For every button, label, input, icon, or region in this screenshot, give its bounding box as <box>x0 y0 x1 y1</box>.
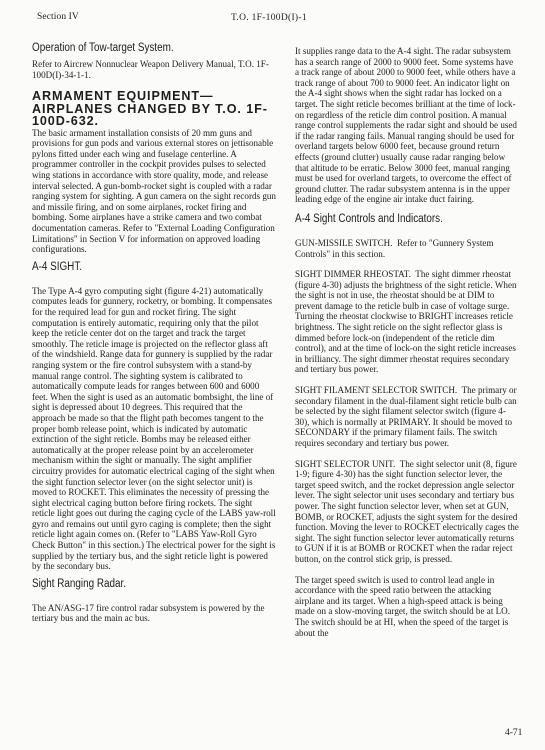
left-column: Operation of Tow-target System. Refer to… <box>32 38 276 624</box>
para-a4-sight: The Type A-4 gyro computing sight (figur… <box>32 286 276 572</box>
page-number: 4-71 <box>505 728 522 738</box>
heading-sight-controls: A-4 Sight Controls and Indicators. <box>295 213 488 226</box>
section-label: Section IV <box>37 12 79 22</box>
heading-armament-equipment: ARMAMENT EQUIPMENT—AIRPLANES CHANGED BY … <box>32 90 276 128</box>
term-gun-missile-switch: GUN-MISSILE SWITCH. <box>295 238 393 248</box>
text-sight-dimmer-rheostat: The sight dimmer rheostat (figure 4-30) … <box>295 269 517 374</box>
heading-sight-ranging-radar: Sight Ranging Radar. <box>32 578 242 591</box>
term-sight-dimmer-rheostat: SIGHT DIMMER RHEOSTAT. <box>295 269 411 279</box>
para-sight-selector-unit: SIGHT SELECTOR UNIT. The sight selector … <box>295 459 519 565</box>
para-sight-dimmer-rheostat: SIGHT DIMMER RHEOSTAT. The sight dimmer … <box>295 269 519 375</box>
heading-tow-target: Operation of Tow-target System. <box>32 42 242 55</box>
para-armament-equipment: The basic armament installation consists… <box>32 128 276 255</box>
para-target-speed-switch: The target speed switch is used to contr… <box>295 575 519 639</box>
para-gun-missile-switch: GUN-MISSILE SWITCH. Refer to "Gunnery Sy… <box>295 238 519 259</box>
heading-a4-sight: A-4 SIGHT. <box>32 261 242 274</box>
doc-number: T.O. 1F-100D(I)-1 <box>231 13 307 23</box>
para-radar-continued: It supplies range data to the A-4 sight.… <box>295 46 519 205</box>
term-sight-filament-switch: SIGHT FILAMENT SELECTOR SWITCH. <box>295 385 457 395</box>
para-sight-filament-switch: SIGHT FILAMENT SELECTOR SWITCH. The prim… <box>295 385 519 449</box>
term-sight-selector-unit: SIGHT SELECTOR UNIT. <box>295 459 395 469</box>
document-page: Section IV T.O. 1F-100D(I)-1 Operation o… <box>0 0 545 750</box>
right-column: It supplies range data to the A-4 sight.… <box>295 46 519 638</box>
para-tow-target: Refer to Aircrew Nonnuclear Weapon Deliv… <box>32 59 276 80</box>
para-sight-ranging-radar: The AN/ASG-17 fire control radar subsyst… <box>32 603 276 624</box>
text-sight-selector-unit: The sight selector unit (8, figure 1-9; … <box>295 459 519 564</box>
